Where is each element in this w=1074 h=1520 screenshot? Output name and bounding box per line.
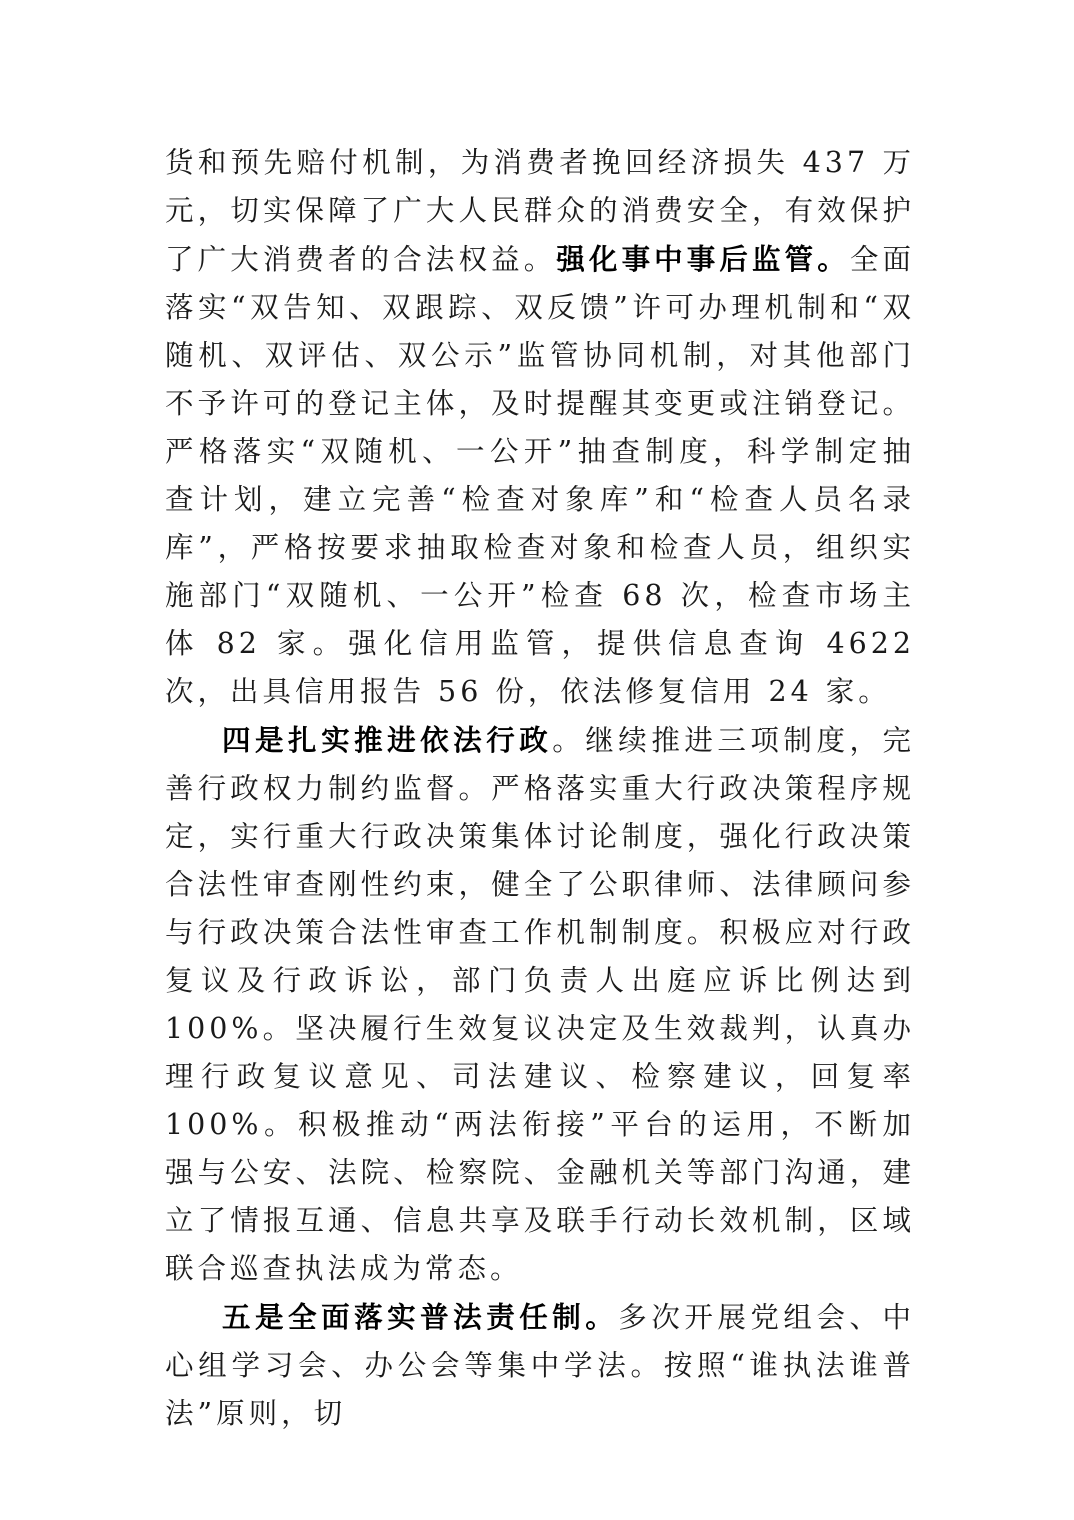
bold-heading-legal-education: 五是全面落实普法责任制。	[222, 1300, 618, 1334]
bold-heading-administration-by-law: 四是扎实推进依法行政	[222, 723, 552, 757]
paragraph-consumer-protection-and-supervision: 货和预先赔付机制，为消费者挽回经济损失 437 万元，切实保障了广大人民群众的消…	[165, 139, 915, 716]
paragraph-text: 。继续推进三项制度，完善行政权力制约监督。严格落实重大行政决策程序规定，实行重大…	[165, 724, 915, 1285]
bold-heading-supervision: 强化事中事后监管。	[556, 242, 850, 276]
document-page: 货和预先赔付机制，为消费者挽回经济损失 437 万元，切实保障了广大人民群众的消…	[165, 139, 915, 1438]
paragraph-administration-by-law: 四是扎实推进依法行政。继续推进三项制度，完善行政权力制约监督。严格落实重大行政决…	[165, 716, 915, 1293]
paragraph-legal-education-responsibility: 五是全面落实普法责任制。多次开展党组会、中心组学习会、办公会等集中学法。按照“谁…	[165, 1293, 915, 1438]
paragraph-text: 全面落实“双告知、双跟踪、双反馈”许可办理机制和“双随机、双评估、双公示”监管协…	[165, 243, 915, 708]
